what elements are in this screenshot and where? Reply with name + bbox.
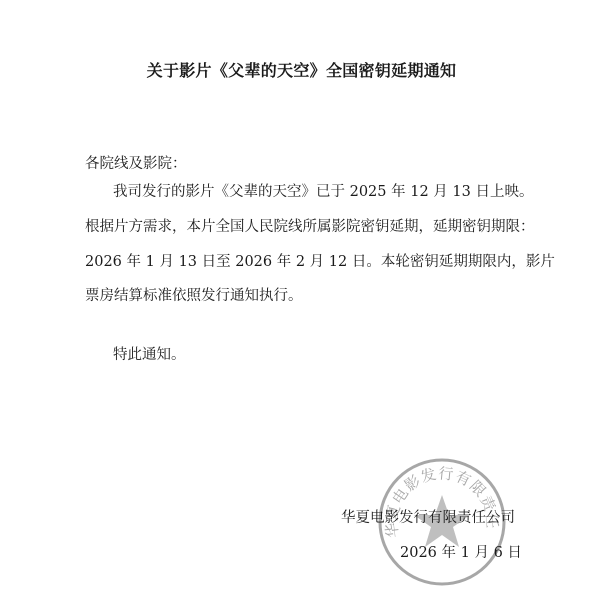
paragraph-line-3: 2026 年 1 月 13 日至 2026 年 2 月 12 日。本轮密钥延期期… <box>85 250 555 271</box>
paragraph-line-1: 我司发行的影片《父辈的天空》已于 2025 年 12 月 13 日上映。 <box>113 180 533 201</box>
document-title: 关于影片《父辈的天空》全国密钥延期通知 <box>0 58 603 81</box>
paragraph-line-2: 根据片方需求，本片全国人民院线所属影院密钥延期，延期密钥期限： <box>85 215 535 236</box>
signature-company: 华夏电影发行有限责任公司 <box>341 506 515 527</box>
closing-text: 特此通知。 <box>113 343 186 364</box>
signature-date: 2026 年 1 月 6 日 <box>400 541 522 562</box>
paragraph-line-4: 票房结算标准依照发行通知执行。 <box>85 284 303 305</box>
greeting: 各院线及影院： <box>85 152 187 173</box>
